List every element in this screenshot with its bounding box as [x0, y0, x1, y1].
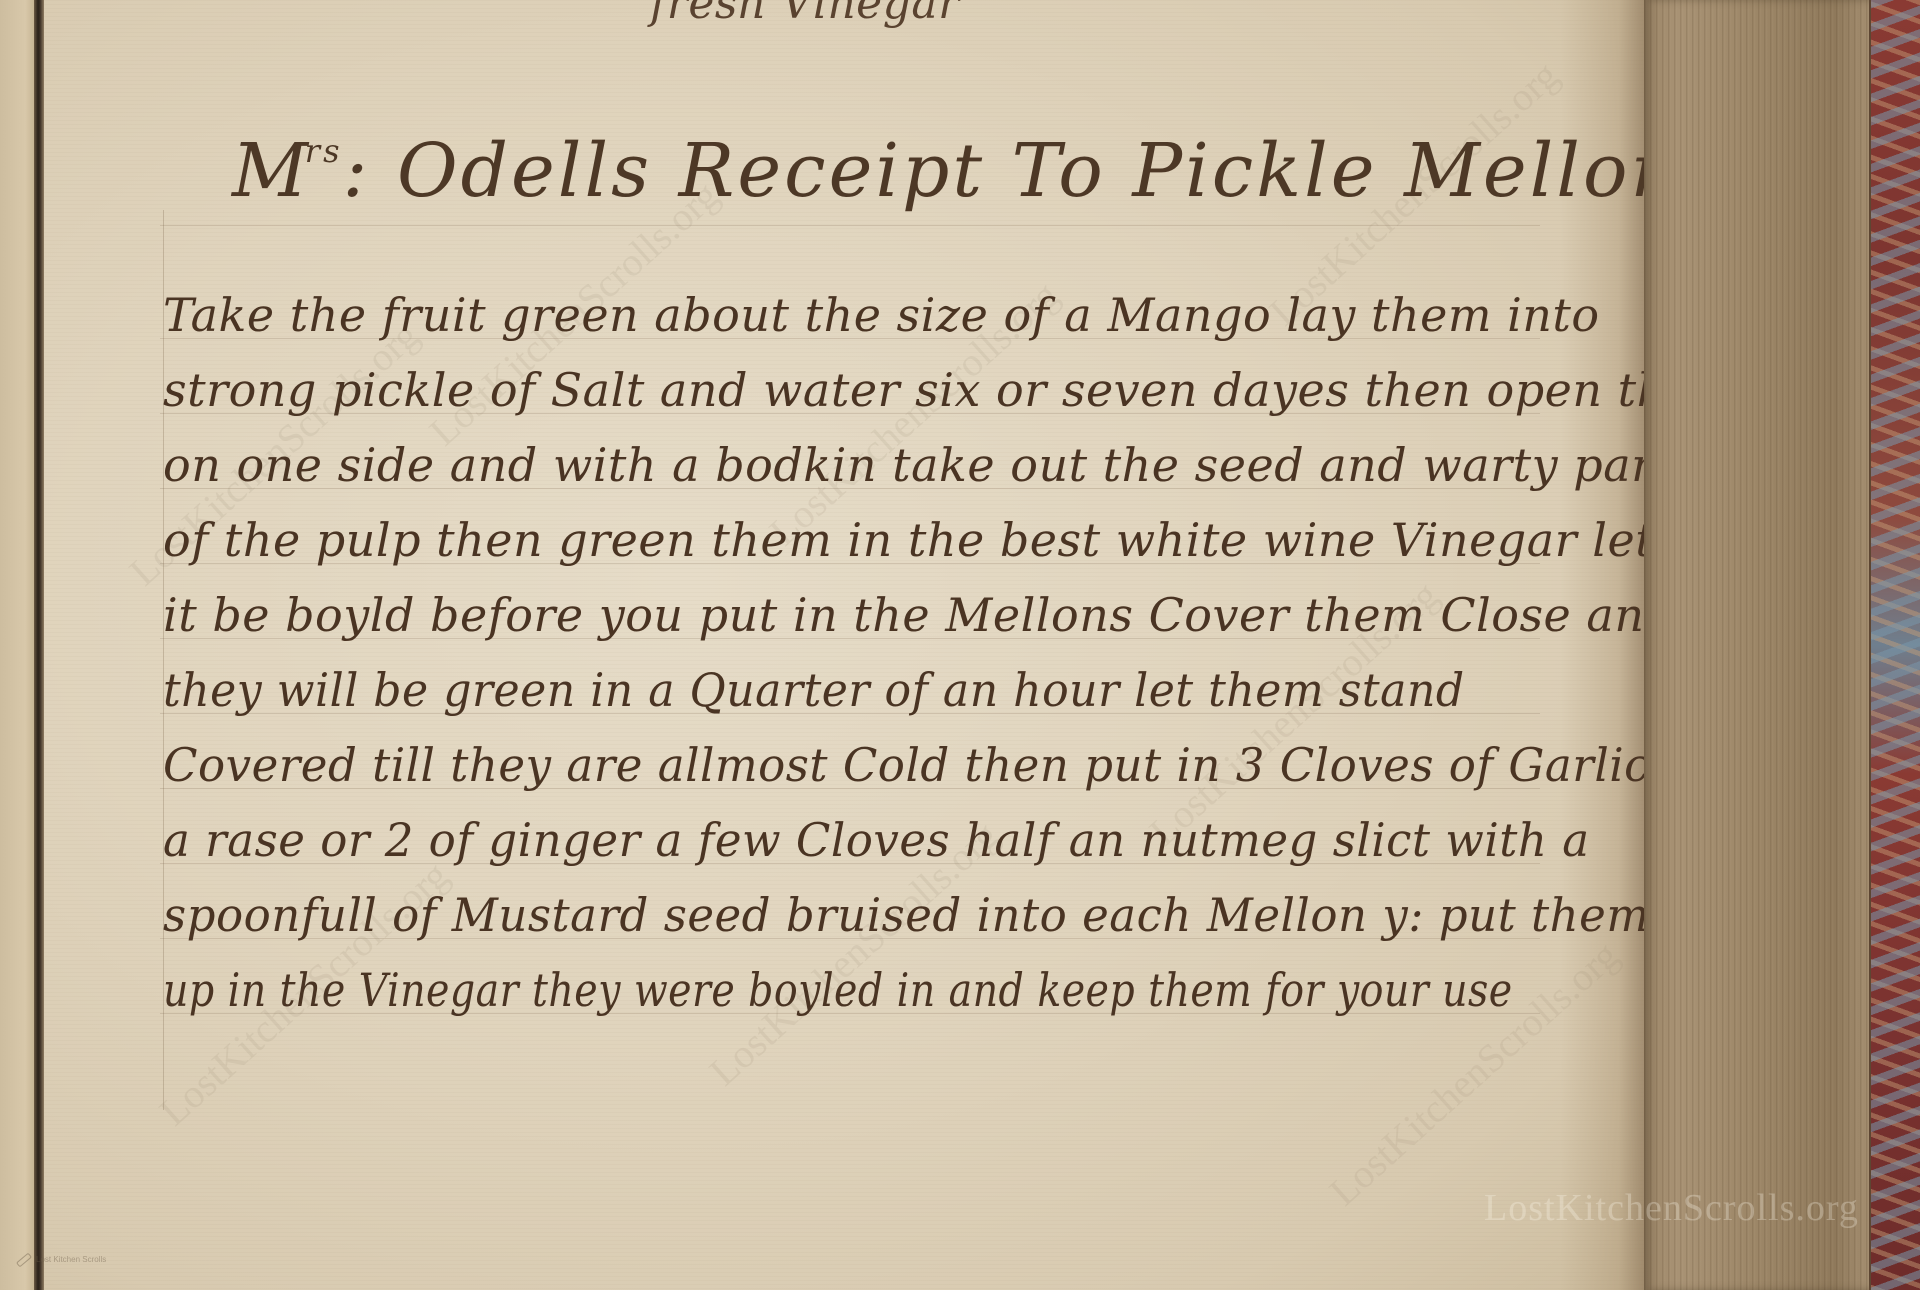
recipe-line: it be boyld before you put in the Mellon… — [163, 585, 1674, 645]
recipe-line: Covered till they are allmost Cold then … — [163, 735, 1678, 795]
recipe-line: on one side and with a bodkin take out t… — [163, 435, 1673, 495]
book-spread: LostKitchenScrolls.org LostKitchenScroll… — [0, 0, 1920, 1290]
title-prefix: M — [232, 128, 311, 214]
previous-recipe-heading-fragment: fresh Vinegar — [650, 0, 960, 29]
archive-stamp: Lost Kitchen Scrolls — [16, 1255, 106, 1264]
book-fore-edge — [1644, 0, 1869, 1290]
book-gutter — [34, 0, 44, 1290]
recipe-title: Mrs: Odells Receipt To Pickle Mellons — [232, 128, 1722, 214]
recipe-line: they will be green in a Quarter of an ho… — [163, 660, 1465, 720]
recipe-line: strong pickle of Salt and water six or s… — [163, 360, 1739, 420]
ruled-line — [160, 225, 1540, 226]
recipe-line: of the pulp then green them in the best … — [163, 510, 1654, 570]
title-text: : Odells Receipt To Pickle Mellons — [343, 128, 1723, 214]
stamp-text: Lost Kitchen Scrolls — [36, 1255, 106, 1264]
recipe-line: up in the Vinegar they were boyled in an… — [163, 960, 1513, 1020]
marbled-endpaper — [1869, 0, 1920, 1290]
left-facing-page — [0, 0, 36, 1290]
title-superscript: rs — [305, 132, 343, 170]
recipe-line: spoonfull of Mustard seed bruised into e… — [163, 885, 1650, 945]
recipe-line: a rase or 2 of ginger a few Cloves half … — [163, 810, 1590, 870]
recipe-line: Take the fruit green about the size of a… — [163, 285, 1600, 345]
